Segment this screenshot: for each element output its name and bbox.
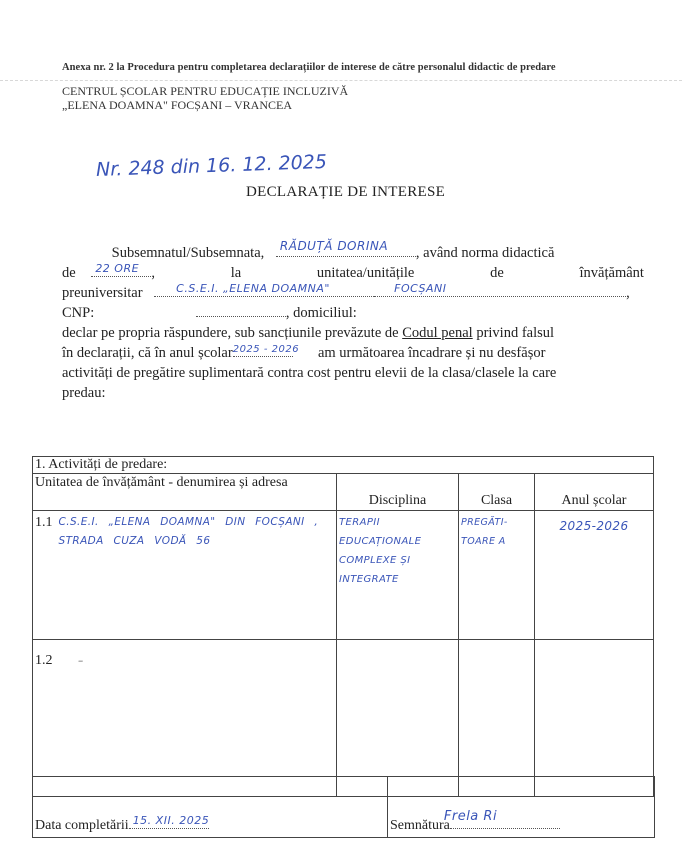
declaration-line-7: activități de pregătire suplimentară con… xyxy=(62,365,644,382)
text: la xyxy=(231,265,241,282)
school-year-field[interactable]: 2025 - 2026 xyxy=(233,356,293,357)
column-header-unit: Unitatea de învățământ - denumirea și ad… xyxy=(33,474,337,511)
hours-value: 22 ORE xyxy=(95,262,139,275)
unit-cell[interactable]: 1.2 – xyxy=(33,640,337,797)
declaration-line-8: predau: xyxy=(62,385,644,402)
date-field[interactable]: 15. XII. 2025 xyxy=(129,828,209,829)
discipline-value: TERAPII EDUCAȚIONALE COMPLEXE ȘI INTEGRA… xyxy=(339,513,449,589)
declaration-line-4: CNP: , domiciliul: xyxy=(62,305,644,322)
text: învățământ xyxy=(580,265,644,282)
class-cell[interactable] xyxy=(459,640,535,797)
text: declar pe propria răspundere, sub sancți… xyxy=(62,325,399,341)
signature-label: Semnătura xyxy=(390,818,450,833)
text: Subsemnatul/Subsemnata, xyxy=(112,245,265,261)
text: preuniversitar xyxy=(62,285,143,301)
text: , având norma didactică xyxy=(416,245,555,261)
school-year-value: 2025 - 2026 xyxy=(233,344,299,355)
year-cell[interactable]: 2025-2026 xyxy=(535,511,654,640)
signature-section: Data completării15. XII. 2025 SemnăturaF… xyxy=(32,776,655,838)
year-cell[interactable] xyxy=(535,640,654,797)
column-header-class: Clasa xyxy=(459,474,535,511)
penal-code-link[interactable]: Codul penal xyxy=(402,325,472,341)
text: în declarații, că în anul școlar xyxy=(62,345,233,361)
declaration-line-1: Subsemnatul/Subsemnata, RĂDUȚĂ DORINA, a… xyxy=(62,245,644,262)
registration-number: Nr. 248 din 16. 12. 2025 xyxy=(96,151,328,181)
discipline-cell[interactable]: TERAPII EDUCAȚIONALE COMPLEXE ȘI INTEGRA… xyxy=(337,511,459,640)
hours-field[interactable]: 22 ORE xyxy=(91,276,151,277)
unit-value: C.S.E.I. „ELENA DOAMNA" xyxy=(176,282,330,295)
institution-location: „ELENA DOAMNA" FOCȘANI – VRANCEA xyxy=(62,98,292,113)
divider xyxy=(0,80,682,81)
city-field[interactable]: FOCȘANI xyxy=(374,296,626,297)
date-value: 15. XII. 2025 xyxy=(133,814,210,827)
institution-name: CENTRUL ȘCOLAR PENTRU EDUCAȚIE INCLUZIVĂ xyxy=(62,84,348,99)
cnp-field[interactable] xyxy=(196,316,286,317)
text: am următoarea încadrare și nu desfășor xyxy=(318,345,545,361)
row-number: 1.2 xyxy=(35,653,53,668)
signature-value: Frela Ri xyxy=(444,809,497,824)
name-value: RĂDUȚĂ DORINA xyxy=(280,239,388,253)
annex-header: Anexa nr. 2 la Procedura pentru completa… xyxy=(62,62,556,73)
column-header-discipline: Disciplina xyxy=(337,474,459,511)
signature-cell: SemnăturaFrela Ri xyxy=(388,777,654,837)
city-value: FOCȘANI xyxy=(394,282,446,295)
unit-cell[interactable]: 1.1 C.S.E.I. „ELENA DOAMNA" DIN FOCȘANI … xyxy=(33,511,337,640)
date-label: Data completării xyxy=(35,818,129,833)
text: CNP: xyxy=(62,305,94,321)
row-number: 1.1 xyxy=(35,513,53,551)
class-cell[interactable]: PREGĂTI-TOARE A xyxy=(459,511,535,640)
table-row: 1.2 – xyxy=(33,640,654,797)
section-title: 1. Activități de predare: xyxy=(33,457,654,474)
signature-field[interactable]: Frela Ri xyxy=(450,828,560,829)
unit-value: – xyxy=(78,655,84,667)
discipline-cell[interactable] xyxy=(337,640,459,797)
column-header-year: Anul școlar xyxy=(535,474,654,511)
class-value: PREGĂTI-TOARE A xyxy=(461,513,521,551)
document-title: DECLARAȚIE DE INTERESE xyxy=(246,184,445,201)
text: de xyxy=(62,265,76,281)
declaration-line-2: de 22 ORE, la unitatea/unitățile de învă… xyxy=(62,265,644,282)
declaration-line-3: preuniversitar C.S.E.I. „ELENA DOAMNA"FO… xyxy=(62,285,644,302)
declaration-line-5: declar pe propria răspundere, sub sancți… xyxy=(62,325,644,342)
declaration-line-6: în declarații, că în anul școlar2025 - 2… xyxy=(62,345,644,362)
unit-value: C.S.E.I. „ELENA DOAMNA" DIN FOCȘANI , ST… xyxy=(59,513,329,551)
text: privind falsul xyxy=(476,325,554,341)
name-field[interactable]: RĂDUȚĂ DORINA xyxy=(276,256,416,257)
text: unitatea/unitățile xyxy=(317,265,414,282)
text: de xyxy=(490,265,504,282)
text: , domiciliul: xyxy=(286,305,357,321)
unit-field[interactable]: C.S.E.I. „ELENA DOAMNA" xyxy=(154,296,374,297)
teaching-activities-table: 1. Activități de predare: Unitatea de în… xyxy=(32,456,654,797)
date-cell: Data completării15. XII. 2025 xyxy=(33,777,388,837)
table-row: 1.1 C.S.E.I. „ELENA DOAMNA" DIN FOCȘANI … xyxy=(33,511,654,640)
year-value: 2025-2026 xyxy=(537,517,651,536)
